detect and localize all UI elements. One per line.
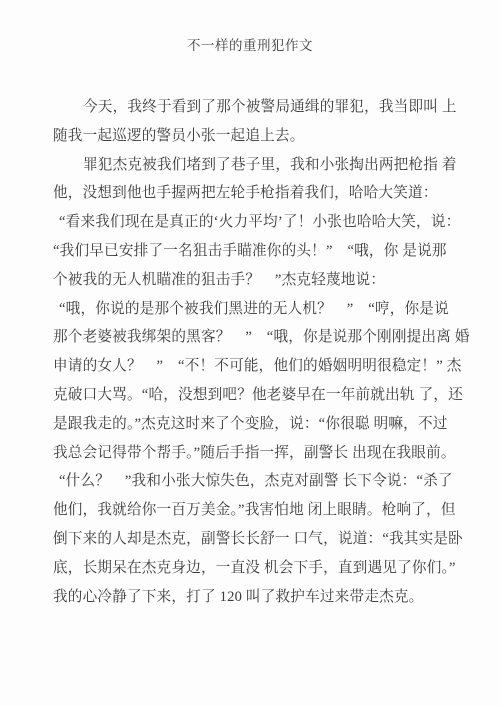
- text-line: “我们早已安排了一名狙击手瞄准你的头！” “哦，你 是说那: [53, 237, 457, 266]
- text-line: 申请的女人？ ” “不！不可能，他们的婚姻明明很稳定！” 杰: [53, 352, 457, 381]
- text-line: 底，长期呆在杰克身边，一直没 机会下手，直到遇见了你们。”: [53, 554, 457, 583]
- text-line: “看来我们现在是真正的‘火力平均’了！小张也哈哈大笑，说：: [53, 208, 457, 237]
- text-line: 倒下来的人却是杰克，副警长长舒一 口气，说道：“我其实是卧: [53, 525, 457, 554]
- text-line: “哦，你说的是那个被我们黑进的无人机？ ” “哼，你是说: [53, 295, 457, 324]
- text-line: 克破口大骂。“哈，没想到吧？他老婆早在一年前就出轨 了，还: [53, 381, 457, 410]
- text-line: 他，没想到他也手握两把左轮手枪指着我们，哈哈大笑道：: [53, 179, 457, 208]
- text-line: 我总会记得带个帮手。”随后手指一挥，副警长 出现在我眼前。: [53, 439, 457, 468]
- text-line: 那个老婆被我绑架的黑客？ ” “哦，你是说那个刚刚提出离 婚: [53, 323, 457, 352]
- text-line: 今天，我终于看到了那个被警局通缉的罪犯，我当即叫 上: [53, 93, 457, 122]
- text-line: “什么？ ”我和小张大惊失色，杰克对副警 长下令说：“杀了: [53, 467, 457, 496]
- document-page: 不一样的重刑犯作文 今天，我终于看到了那个被警局通缉的罪犯，我当即叫 上随我一起…: [0, 0, 500, 706]
- page-title: 不一样的重刑犯作文: [0, 36, 500, 56]
- text-line: 随我一起巡逻的警员小张一起追上去。: [53, 122, 457, 151]
- text-line: 是跟我走的。”杰克这时来了个变脸，说：“你很聪 明嘛，不过: [53, 410, 457, 439]
- text-line: 他们，我就给你一百万美金。”我害怕地 闭上眼睛。枪响了，但: [53, 496, 457, 525]
- text-line: 我的心冷静了下来，打了 120 叫了救护车过来带走杰克。: [53, 583, 457, 612]
- essay-body: 今天，我终于看到了那个被警局通缉的罪犯，我当即叫 上随我一起巡逻的警员小张一起追…: [53, 93, 457, 611]
- text-line: 罪犯杰克被我们堵到了巷子里，我和小张掏出两把枪指 着: [53, 151, 457, 180]
- text-line: 个被我的无人机瞄准的狙击手？ ”杰克轻蔑地说：: [53, 266, 457, 295]
